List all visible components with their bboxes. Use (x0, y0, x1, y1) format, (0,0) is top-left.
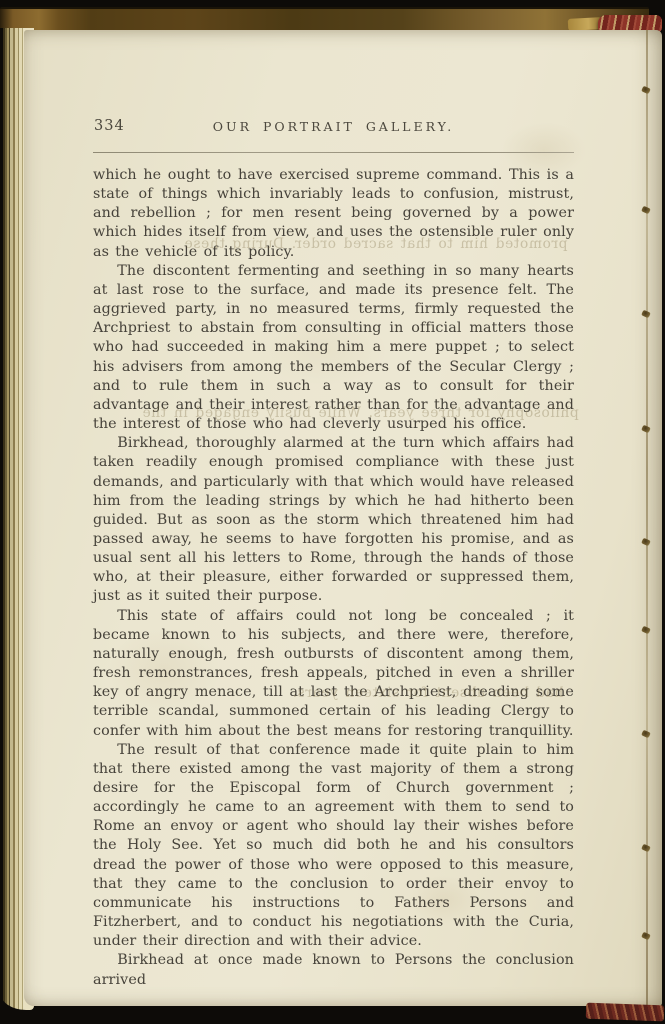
book-cover-bottom-edge (586, 1003, 665, 1022)
stitch-mark-icon (641, 310, 651, 319)
paragraph: The result of that conference made it qu… (93, 741, 574, 952)
page-body-text: which he ought to have exercised supreme… (93, 166, 574, 990)
paragraph: Birkhead at once made known to Persons t… (93, 951, 574, 989)
stitch-mark-icon (641, 86, 651, 95)
page-fold-line (646, 30, 648, 1006)
paragraph: Birkhead, thoroughly alarmed at the turn… (93, 434, 574, 606)
stitch-mark-icon (641, 425, 651, 434)
paragraph: which he ought to have exercised supreme… (93, 166, 574, 262)
running-title: OUR PORTRAIT GALLERY. (93, 119, 574, 134)
paragraph: This state of affairs could not long be … (93, 607, 574, 741)
stitch-mark-icon (641, 932, 651, 941)
header-rule (93, 152, 574, 153)
stitch-mark-icon (641, 538, 651, 547)
paragraph: The discontent fermenting and seething i… (93, 262, 574, 434)
stitch-mark-icon (641, 206, 651, 215)
stitch-mark-icon (641, 626, 651, 635)
book-page: 334 OUR PORTRAIT GALLERY. which he ought… (24, 30, 662, 1006)
stitch-mark-icon (641, 844, 651, 853)
stitch-mark-icon (641, 730, 651, 739)
